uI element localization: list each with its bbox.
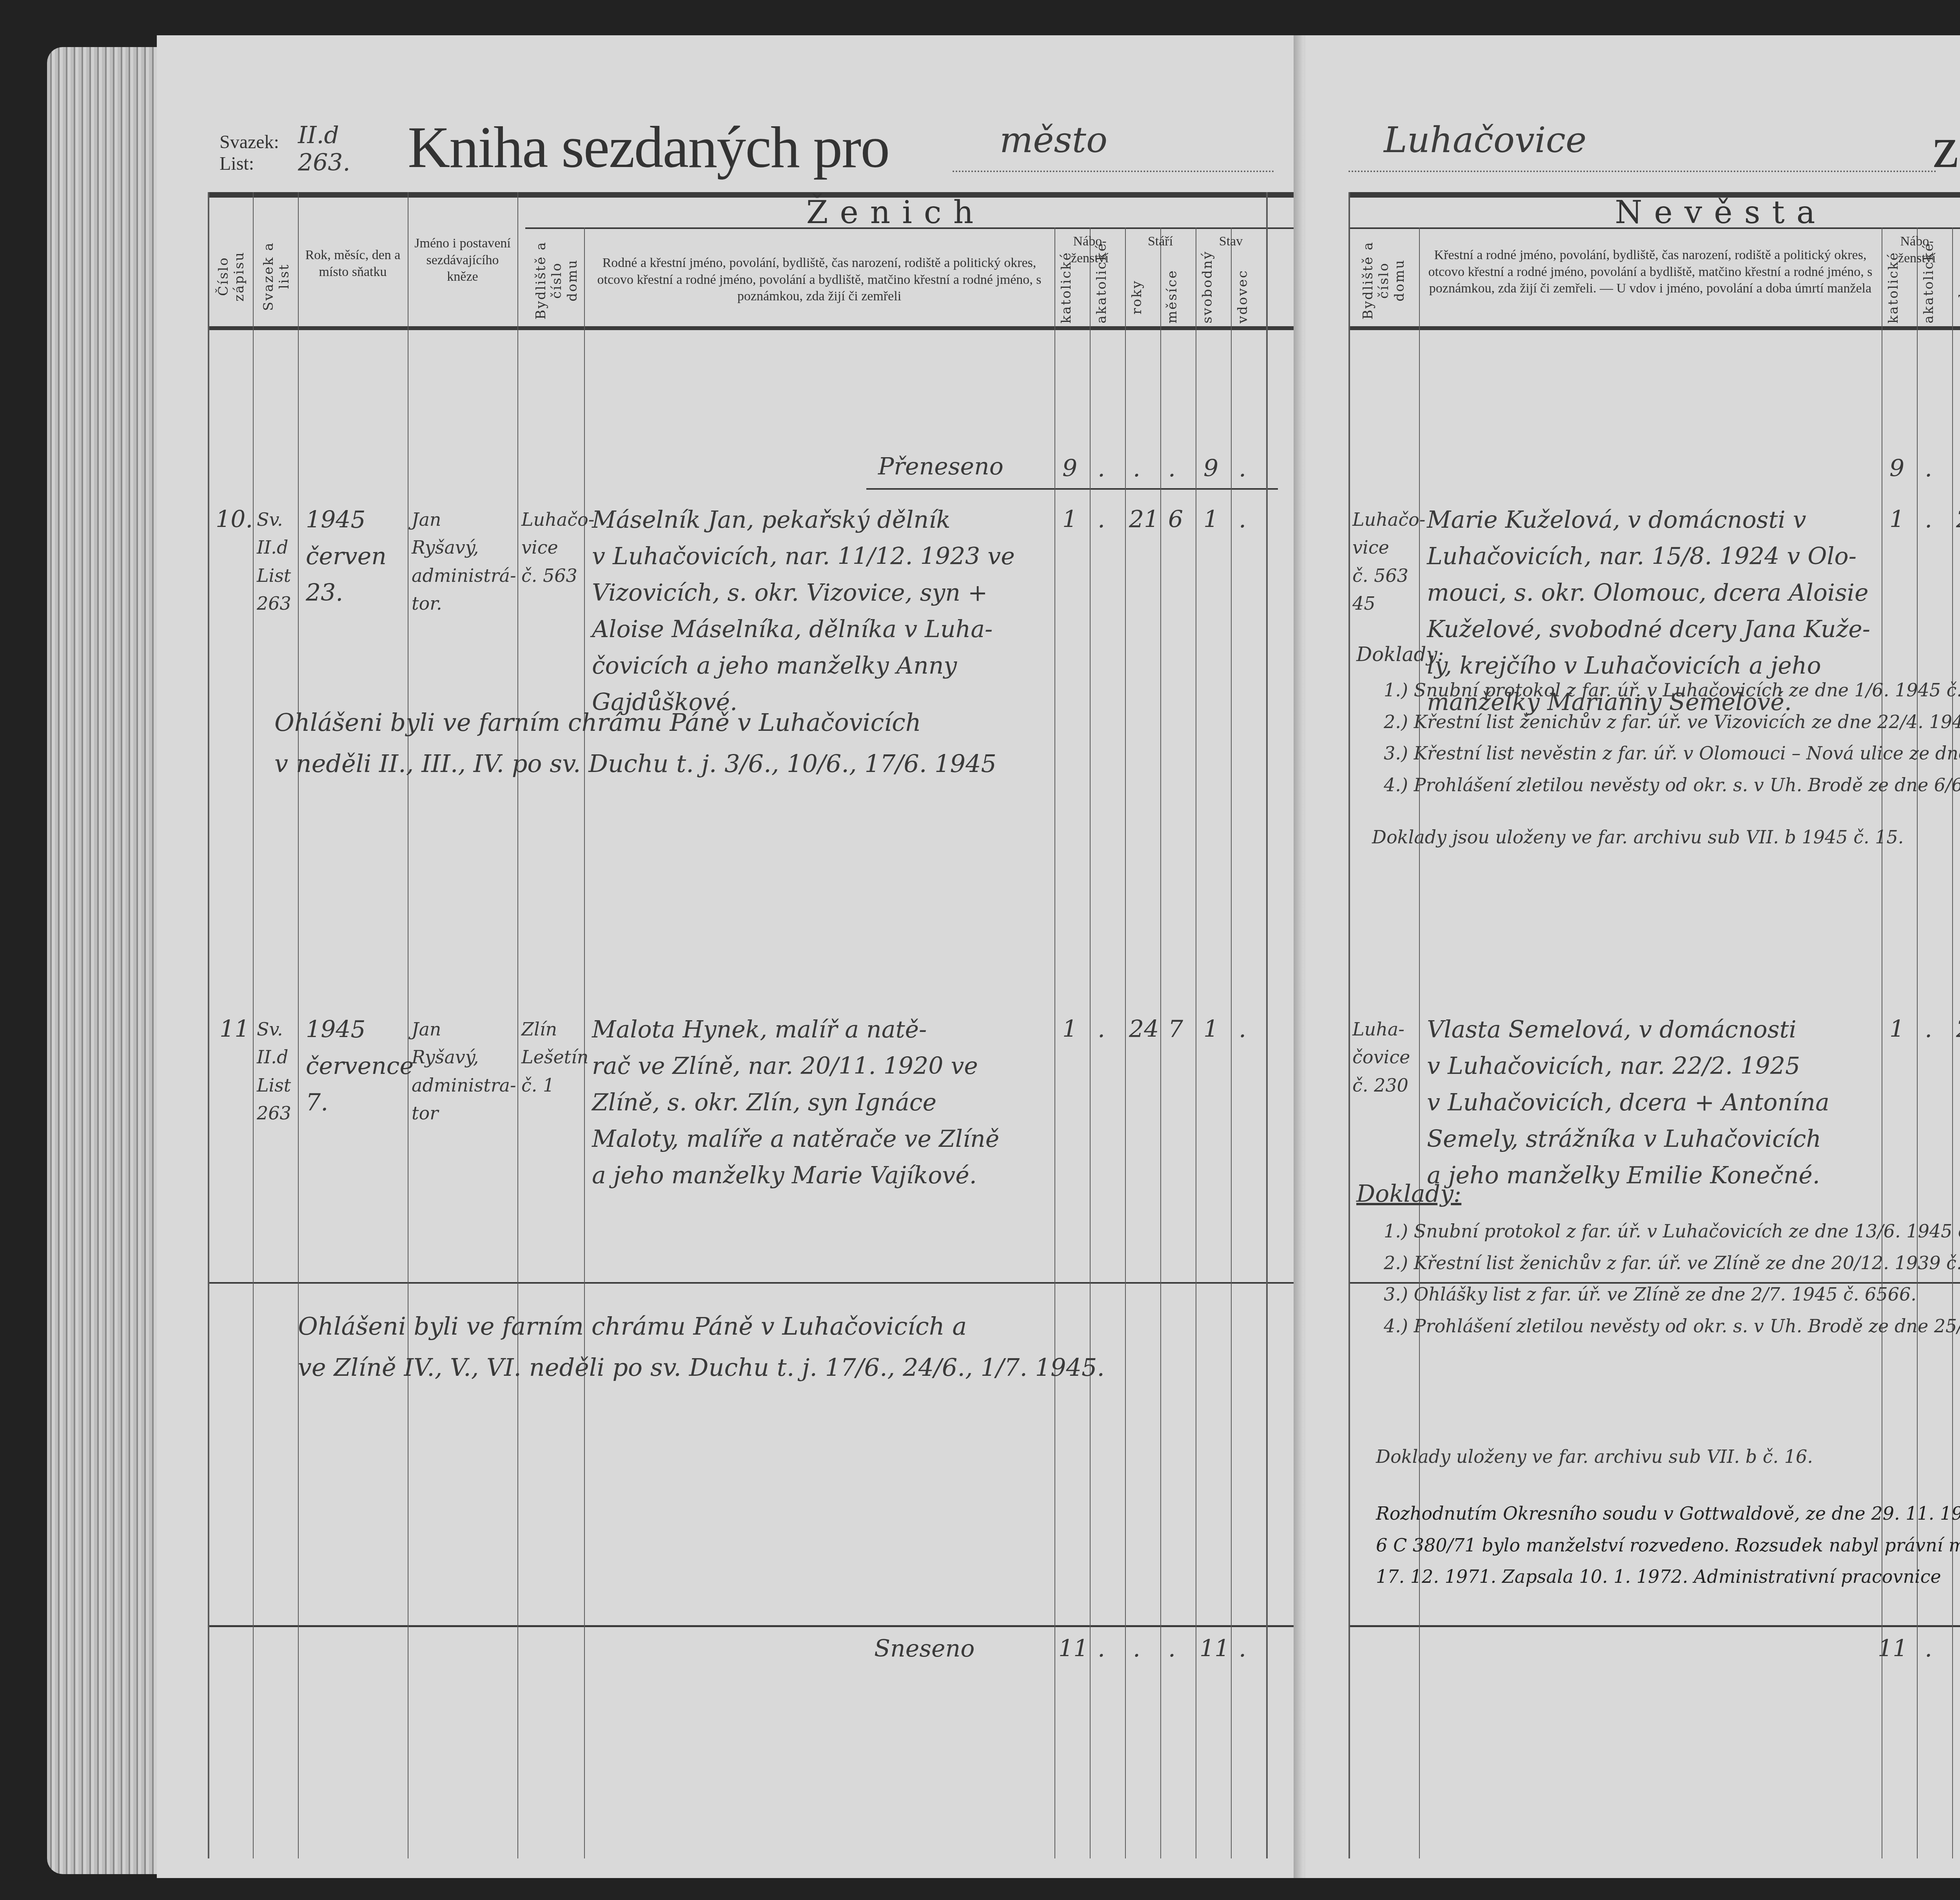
col-rule (1090, 227, 1091, 1858)
header-bottom-rule (1348, 326, 1960, 330)
col-rule (1266, 192, 1268, 1858)
forward-akatolicke: . (1098, 1635, 1105, 1662)
carried-vdovec: . (1239, 455, 1246, 482)
col-cislo-zapisu: Číslo zápisu (216, 231, 251, 322)
col-rule (1231, 227, 1232, 1858)
left-page: Svazek: II.d List: 263. Kniha sezdaných … (157, 35, 1313, 1878)
groom-akatolicke: . (1098, 506, 1105, 533)
priest: Jan Ryšavý, administra- tor (412, 1015, 516, 1127)
list-label: List: (220, 153, 254, 174)
col-stari: Stáří (1952, 233, 1960, 250)
bride-description: Vlasta Semelová, v domácnosti v Luhačovi… (1427, 1012, 1882, 1194)
carried-roky: . (1133, 455, 1140, 482)
forward-katolicke: 11 (1058, 1635, 1088, 1662)
carried-rule (866, 488, 1278, 490)
col-rule (298, 192, 299, 1858)
col-rule (1125, 227, 1126, 1858)
groom-section-title: Ženich (525, 194, 1266, 231)
col-rule (253, 192, 254, 1858)
bride-roky: 20 (1956, 1015, 1960, 1043)
bride-roky: 20 (1956, 506, 1960, 533)
ledger-book: Svazek: II.d List: 263. Kniha sezdaných … (0, 0, 1960, 1900)
bride-residence: Luha- čovice č. 230 (1352, 1015, 1410, 1099)
carried-akatolicke: . (1925, 455, 1932, 482)
announcement: Ohlášeni byli ve farním chrámu Páně v Lu… (274, 702, 1254, 785)
priest: Jan Ryšavý, administrá- tor. (412, 506, 516, 618)
place-fill-line (1348, 171, 1936, 172)
col-svazek-list: Svazek a list (261, 231, 296, 322)
col-mesice: měsíce (1164, 271, 1192, 323)
svazek-value: II.d (298, 122, 339, 149)
groom-mesice: 7 (1168, 1015, 1183, 1043)
announcement: Ohlášeni byli ve farním chrámu Páně v Lu… (298, 1306, 1278, 1388)
col-vdovec: vdovec (1235, 271, 1262, 323)
groom-description: Malota Hynek, malíř a natě- rač ve Zlíně… (592, 1012, 1054, 1194)
col-roky: roky (1956, 271, 1960, 323)
forward-mesice: . (1168, 1635, 1176, 1662)
divorce-note: Rozhodnutím Okresního soudu v Gottwaldov… (1376, 1498, 1960, 1593)
groom-roky: 21 (1129, 506, 1159, 533)
carried-katolicke: 9 (1889, 455, 1904, 482)
groom-svobodny: 1 (1203, 1015, 1218, 1043)
header-bottom-rule (208, 326, 1298, 330)
groom-description: Máselník Jan, pekařský dělník v Luhačovi… (592, 502, 1054, 721)
col-groom-desc: Rodné a křestní jméno, povolání, bydlišt… (592, 255, 1047, 305)
entry-number: 10. (216, 506, 253, 533)
col-rule (1419, 227, 1420, 1858)
book-title: Kniha sezdaných pro (408, 114, 889, 181)
col-rule (1917, 227, 1918, 1858)
groom-residence: Zlín Lešetín č. 1 (521, 1015, 588, 1099)
col-katolicke: katolické (1886, 271, 1913, 323)
col-bride-desc: Křestní a rodné jméno, povolání, bydlišt… (1427, 247, 1874, 297)
col-rule (1196, 227, 1196, 1858)
forward-vdovec: . (1239, 1635, 1246, 1662)
title-fill-line (953, 171, 1274, 172)
year-label: za rok (1933, 114, 1960, 181)
col-stari: Stáří (1125, 233, 1196, 250)
page-edges-left (47, 47, 169, 1874)
col-rule (1348, 192, 1350, 1858)
carried-mesice: . (1168, 455, 1176, 482)
col-bydliste: Bydliště a číslo domu (1360, 239, 1407, 322)
list-value: 263. (298, 149, 350, 176)
groom-mesice: 6 (1168, 506, 1183, 533)
col-roky: roky (1129, 271, 1156, 323)
groom-residence: Luhačo- vice č. 563 (521, 506, 594, 590)
right-page: Luhačovice za rok 1945. Nevěsta Svědci B… (1305, 35, 1960, 1878)
carried-svobodny: 9 (1203, 455, 1218, 482)
groom-roky: 24 (1129, 1015, 1159, 1043)
bride-akatolicke: . (1925, 506, 1932, 533)
carried-over-label: Přeneseno (878, 453, 1004, 480)
forward-svobodny: 11 (1200, 1635, 1229, 1662)
doklady-list: 1.) Snubní protokol z far. úř. v Luhačov… (1384, 1215, 1960, 1342)
entry-number: 11 (220, 1015, 249, 1043)
bride-akatolicke: . (1925, 1015, 1932, 1043)
groom-vdovec: . (1239, 506, 1246, 533)
entry-separator (208, 1282, 1298, 1284)
forward-roky: . (1133, 1635, 1140, 1662)
bride-section-title: Nevěsta (1348, 194, 1960, 231)
forward-katolicke: 11 (1878, 1635, 1907, 1662)
forward-akatolicke: . (1925, 1635, 1932, 1662)
col-rule (1054, 227, 1055, 1858)
doklady-label: Doklady: (1356, 1180, 1461, 1208)
svazek-list: Sv. II.d List 263 (257, 506, 291, 618)
carried-katolicke: 9 (1062, 455, 1077, 482)
title-fill: město (1000, 120, 1107, 161)
svazek-list: Sv. II.d List 263 (257, 1015, 291, 1127)
col-rok-mesic: Rok, měsíc, den a místo sňatku (302, 247, 404, 280)
doklady-list: 1.) Snubní protokol z far. úř. v Luhačov… (1384, 674, 1960, 801)
bride-katolicke: 1 (1889, 1015, 1904, 1043)
col-bydliste: Bydliště a číslo domu (533, 239, 576, 322)
col-rule (1952, 227, 1953, 1858)
col-akatolicke: akatolické (1921, 271, 1948, 323)
sneseno-rule (1348, 1625, 1960, 1627)
marriage-date: 1945 červen 23. (306, 502, 387, 611)
sneseno-rule (208, 1625, 1298, 1627)
col-svobodny: svobodný (1200, 271, 1227, 323)
carried-forward-label: Sneseno (874, 1635, 975, 1662)
col-rule (1160, 227, 1161, 1858)
col-rule (517, 192, 518, 1858)
col-jmeno-knez: Jméno i postavení sezdávajícího kněze (412, 235, 514, 285)
doklady-label: Doklady: (1356, 643, 1444, 666)
groom-vdovec: . (1239, 1015, 1246, 1043)
col-akatolicke: akatolické (1094, 271, 1121, 323)
bride-katolicke: 1 (1889, 506, 1904, 533)
col-rule (1882, 227, 1882, 1858)
col-rule (208, 192, 209, 1858)
doklady-stored: Doklady uloženy ve far. archivu sub VII.… (1376, 1443, 1813, 1471)
carried-akatolicke: . (1098, 455, 1105, 482)
doklady-stored: Doklady jsou uloženy ve far. archivu sub… (1372, 823, 1904, 851)
groom-akatolicke: . (1098, 1015, 1105, 1043)
place-fill: Luhačovice (1384, 120, 1586, 161)
groom-katolicke: 1 (1062, 506, 1077, 533)
svazek-label: Svazek: (220, 131, 279, 153)
marriage-date: 1945 července 7. (306, 1012, 414, 1121)
col-katolicke: katolické (1058, 271, 1086, 323)
groom-svobodny: 1 (1203, 506, 1218, 533)
bride-residence: Luhačo- vice č. 563 45 (1352, 506, 1425, 618)
col-stav: Stav (1196, 233, 1266, 250)
groom-katolicke: 1 (1062, 1015, 1077, 1043)
